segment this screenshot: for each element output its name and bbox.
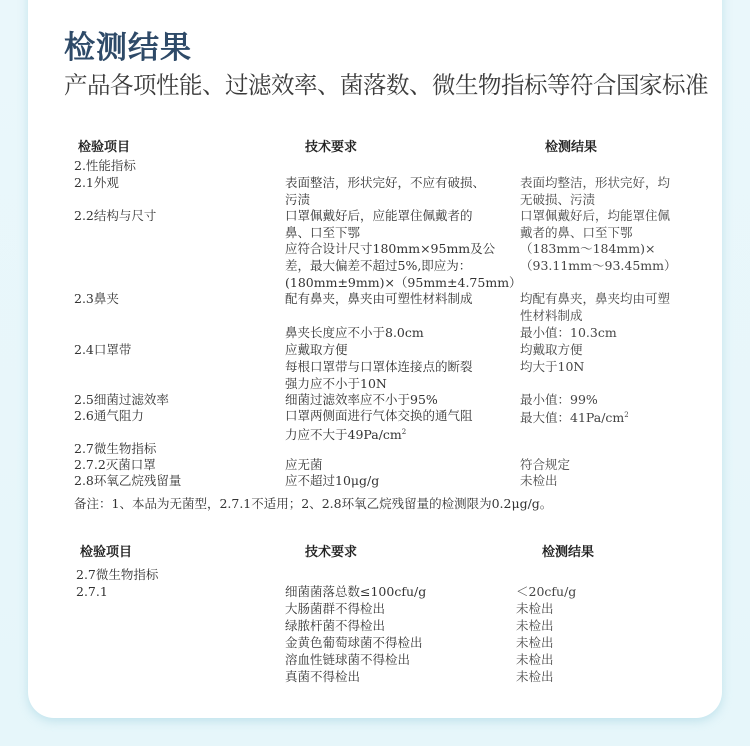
item-label: 2.8环氧乙烷残留量 xyxy=(74,472,181,489)
requirement-text: 应戴取方便 xyxy=(285,341,348,358)
item-label: 2.7微生物指标 xyxy=(76,566,158,583)
result-text: （93.11mm～93.45mm） xyxy=(520,257,676,274)
result-text: 戴者的鼻、口至下鄂 xyxy=(520,224,633,241)
requirement-text: 溶血性链球菌不得检出 xyxy=(285,651,410,668)
superscript: 2 xyxy=(402,428,406,436)
requirement-text: 细菌菌落总数≤100cfu/g xyxy=(285,583,426,600)
column-header-result: 检测结果 xyxy=(545,136,597,155)
result-text: 均大于10N xyxy=(520,358,584,375)
requirement-text: 口罩两侧面进行气体交换的通气阻 xyxy=(285,407,473,424)
item-label: 2.3鼻夹 xyxy=(74,290,119,307)
result-text: 最小值：10.3cm xyxy=(520,324,617,341)
requirement-text: 鼻、口至下鄂 xyxy=(285,224,360,241)
result-text: 符合规定 xyxy=(520,456,570,473)
column-header-requirement: 技术要求 xyxy=(305,541,357,560)
requirement-text: 配有鼻夹，鼻夹由可塑性材料制成 xyxy=(285,290,473,307)
requirement-text: 力应不大于49Pa/cm2 xyxy=(285,424,406,443)
item-label: 2.7.1 xyxy=(76,583,108,600)
requirement-text: 绿脓杆菌不得检出 xyxy=(285,617,385,634)
page-title: 检测结果 xyxy=(64,22,192,67)
result-text: 均配有鼻夹，鼻夹均由可塑 xyxy=(520,290,670,307)
item-label: 2.4口罩带 xyxy=(74,341,131,358)
item-label: 2.5细菌过滤效率 xyxy=(74,391,169,408)
column-header-requirement: 技术要求 xyxy=(305,136,357,155)
column-header-result: 检测结果 xyxy=(542,541,594,560)
result-text: 无破损、污渍 xyxy=(520,191,595,208)
requirement-text: 应无菌 xyxy=(285,456,323,473)
requirement-text: 鼻夹长度应不小于8.0cm xyxy=(285,324,424,341)
result-text: ＜20cfu/g xyxy=(516,583,576,600)
result-text: （183mm～184mm)× xyxy=(520,240,655,257)
result-text: 最大值：41Pa/cm2 xyxy=(520,407,629,426)
requirement-text: 真菌不得检出 xyxy=(285,668,360,685)
result-text: 性材料制成 xyxy=(520,307,583,324)
requirement-text: 口罩佩戴好后，应能罩住佩戴者的 xyxy=(285,207,473,224)
requirement-text: 表面整洁，形状完好，不应有破损、 xyxy=(285,174,485,191)
requirement-text: 力应不大于49Pa/cm xyxy=(285,427,402,442)
result-text: 表面均整洁，形状完好，均 xyxy=(520,174,670,191)
requirement-text: 每根口罩带与口罩体连接点的断裂 xyxy=(285,358,473,375)
requirement-text: (180mm±9mm)×（95mm±4.75mm） xyxy=(285,274,522,291)
item-label: 2.性能指标 xyxy=(74,157,136,174)
item-label: 2.7.2灭菌口罩 xyxy=(74,456,156,473)
requirement-text: 污渍 xyxy=(285,191,310,208)
result-text: 未检出 xyxy=(516,668,554,685)
column-header-item: 检验项目 xyxy=(80,541,132,560)
result-text: 未检出 xyxy=(516,651,554,668)
result-text: 未检出 xyxy=(516,634,554,651)
column-header-item: 检验项目 xyxy=(78,136,130,155)
table-note: 备注：1、本品为无菌型，2.7.1不适用；2、2.8环氧乙烷残留量的检测限为0.… xyxy=(74,495,552,512)
requirement-text: 细菌过滤效率应不小于95% xyxy=(285,391,438,408)
result-text: 未检出 xyxy=(520,472,558,489)
item-label: 2.1外观 xyxy=(74,174,119,191)
result-text: 口罩佩戴好后，均能罩住佩 xyxy=(520,207,670,224)
requirement-text: 强力应不小于10N xyxy=(285,375,387,392)
superscript: 2 xyxy=(624,411,628,419)
result-text: 最小值：99% xyxy=(520,391,598,408)
requirement-text: 应不超过10μg/g xyxy=(285,472,379,489)
result-text: 均戴取方便 xyxy=(520,341,583,358)
item-label: 2.7微生物指标 xyxy=(74,440,156,457)
item-label: 2.2结构与尺寸 xyxy=(74,207,156,224)
result-text: 未检出 xyxy=(516,600,554,617)
requirement-text: 差，最大偏差不超过5%,即应为： xyxy=(285,257,471,274)
result-text: 最大值：41Pa/cm xyxy=(520,410,624,425)
item-label: 2.6通气阻力 xyxy=(74,407,144,424)
page-subtitle: 产品各项性能、过滤效率、菌落数、微生物指标等符合国家标准 xyxy=(64,66,708,100)
result-text: 未检出 xyxy=(516,617,554,634)
requirement-text: 金黄色葡萄球菌不得检出 xyxy=(285,634,423,651)
requirement-text: 应符合设计尺寸180mm×95mm及公 xyxy=(285,240,495,257)
requirement-text: 大肠菌群不得检出 xyxy=(285,600,385,617)
